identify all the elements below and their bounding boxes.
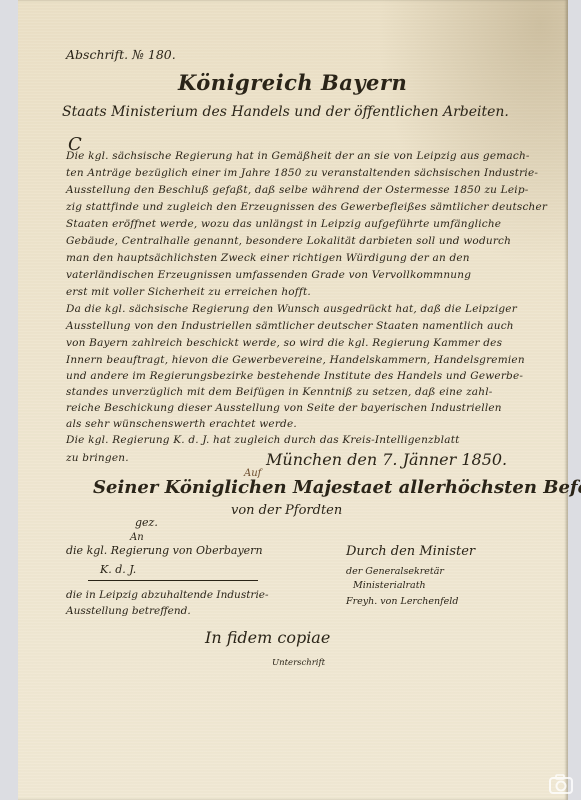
certifier-signature: Unterschrift xyxy=(272,658,325,668)
reference-number: Abschrift. № 180. xyxy=(66,47,176,62)
body-line: Ausstellung den Beschluß gefaßt, daß sel… xyxy=(66,184,529,196)
body-line: zu bringen. xyxy=(66,452,129,464)
divider-rule xyxy=(88,580,258,581)
body-line: Die kgl. Regierung K. d. J. hat zugleich… xyxy=(66,434,460,446)
body-line: Gebäude, Centralhalle genannt, besondere… xyxy=(66,235,511,247)
date-line: München den 7. Jänner 1850. xyxy=(266,450,507,469)
document-title: Königreich Bayern xyxy=(178,70,407,95)
camera-icon xyxy=(548,773,574,795)
body-line: und andere im Regierungsbezirke bestehen… xyxy=(66,370,523,382)
paper-sheet xyxy=(18,0,568,800)
countersign-name: Freyh. von Lerchenfeld xyxy=(346,596,458,607)
scanned-document-view: Abschrift. № 180. Königreich Bayern Staa… xyxy=(0,0,581,800)
subject-line: die in Leipzig abzuhaltende Industrie- xyxy=(66,589,269,601)
address-prefix: An xyxy=(130,532,144,543)
certification: In fidem copiae xyxy=(205,628,330,647)
body-line: Da die kgl. sächsische Regierung den Wun… xyxy=(66,303,517,315)
body-line: Staaten eröffnet werde, wozu das unlängs… xyxy=(66,218,501,230)
body-line: standes unverzüglich mit dem Beifügen in… xyxy=(66,386,493,398)
signatory: von der Pfordten xyxy=(231,503,342,518)
body-line: als sehr wünschenswerth erachtet werde. xyxy=(66,418,297,430)
royal-command: Seiner Königlichen Majestaet allerhöchst… xyxy=(93,477,581,498)
body-line: ten Anträge bezüglich einer im Jahre 185… xyxy=(66,167,538,179)
body-line: Ausstellung von den Industriellen sämtli… xyxy=(66,320,514,332)
body-line: Die kgl. sächsische Regierung hat in Gem… xyxy=(66,150,530,162)
countersign-title: der Generalsekretär xyxy=(346,566,444,577)
body-line: Innern beauftragt, hievon die Gewerbever… xyxy=(66,354,525,366)
ministry-heading: Staats Ministerium des Handels und der ö… xyxy=(62,104,509,120)
body-line: zig stattfinde und zugleich den Erzeugni… xyxy=(66,201,547,213)
subject-line: Ausstellung betreffend. xyxy=(66,605,191,617)
countersign-title: Ministerialrath xyxy=(353,580,426,591)
body-line: von Bayern zahlreich beschickt werde, so… xyxy=(66,337,502,349)
body-line: vaterländischen Erzeugnissen umfassenden… xyxy=(66,269,471,281)
gez-mark: gez. xyxy=(135,516,158,529)
body-line: erst mit voller Sicherheit zu erreichen … xyxy=(66,286,311,298)
body-line: man den hauptsächlichsten Zweck einer ri… xyxy=(66,252,470,264)
body-line: reiche Beschickung dieser Ausstellung vo… xyxy=(66,402,502,414)
countersign-heading: Durch den Minister xyxy=(346,544,475,559)
addressee: die kgl. Regierung von Oberbayern xyxy=(66,544,263,557)
addressee-department: K. d. J. xyxy=(100,563,136,576)
